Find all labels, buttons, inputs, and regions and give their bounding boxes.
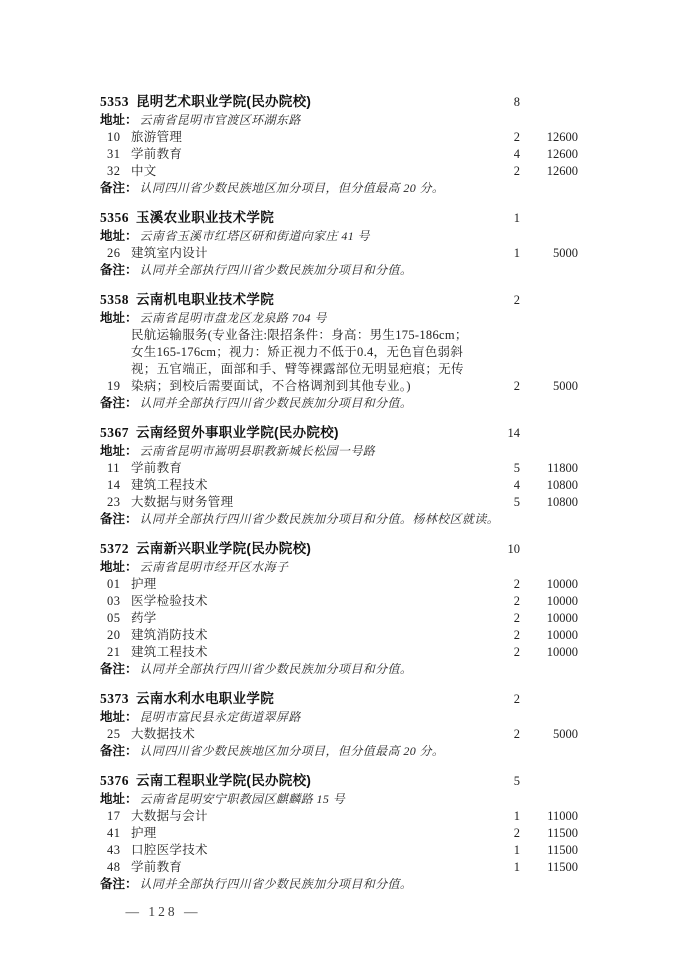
school-code: 5367 (100, 425, 129, 440)
page-footer: — 128 — (100, 888, 201, 936)
remark-text: 认同并全部执行四川省少数民族加分项目和分值。杨林校区就读。 (140, 512, 500, 526)
major-fee: 10000 (520, 610, 578, 627)
major-name: 学前教育 (131, 146, 480, 163)
school-title: 5356玉溪农业职业技术学院 (100, 209, 480, 227)
school-total: 2 (480, 690, 520, 708)
school-name: 云南水利水电职业学院 (136, 691, 274, 706)
major-count: 2 (480, 825, 520, 842)
address-row: 地址：云南省昆明市官渡区环湖东路 (100, 112, 578, 129)
school-header: 5358云南机电职业技术学院 2 (100, 291, 578, 309)
major-row: 17 大数据与会计 1 11000 (100, 808, 578, 825)
major-count: 2 (480, 378, 520, 395)
major-code: 23 (107, 494, 131, 511)
remark-text: 认同四川省少数民族地区加分项目，但分值最高 20 分。 (140, 744, 445, 758)
address-row: 地址：云南省昆明市嵩明县职教新城长松园一号路 (100, 443, 578, 460)
major-name: 药学 (131, 610, 480, 627)
major-code: 10 (107, 129, 131, 146)
major-count: 2 (480, 644, 520, 661)
address-row: 地址：云南省昆明安宁职教园区麒麟路 15 号 (100, 791, 578, 808)
major-name: 建筑工程技术 (131, 644, 480, 661)
major-count: 1 (480, 808, 520, 825)
major-code: 03 (107, 593, 131, 610)
major-fee: 10000 (520, 576, 578, 593)
major-count: 5 (480, 494, 520, 511)
remark-label: 备注： (100, 744, 138, 758)
major-fee: 11500 (520, 825, 578, 842)
major-row: 01 护理 2 10000 (100, 576, 578, 593)
address-text: 云南省昆明市官渡区环湖东路 (140, 113, 301, 127)
major-name: 建筑室内设计 (131, 245, 480, 262)
major-fee: 12600 (520, 163, 578, 180)
school-header: 5367云南经贸外事职业学院(民办院校) 14 (100, 424, 578, 442)
major-row: 26 建筑室内设计 1 5000 (100, 245, 578, 262)
school-title: 5367云南经贸外事职业学院(民办院校) (100, 424, 480, 442)
remark-text: 认同并全部执行四川省少数民族加分项目和分值。 (140, 263, 413, 277)
school-name: 云南机电职业技术学院 (136, 292, 274, 307)
school-list: 5353昆明艺术职业学院(民办院校) 8 地址：云南省昆明市官渡区环湖东路 10… (100, 93, 578, 905)
school-total: 14 (480, 424, 520, 442)
remark-row: 备注：认同四川省少数民族地区加分项目，但分值最高 20 分。 (100, 180, 578, 197)
major-name: 大数据技术 (131, 726, 480, 743)
address-text: 云南省昆明市经开区水海子 (140, 560, 289, 574)
major-fee: 12600 (520, 146, 578, 163)
major-count: 4 (480, 146, 520, 163)
major-name: 学前教育 (131, 859, 480, 876)
school-block: 5373云南水利水电职业学院 2 地址：昆明市富民县永定街道翠屏路 25 大数据… (100, 690, 578, 760)
remark-label: 备注： (100, 662, 138, 676)
major-row: 03 医学检验技术 2 10000 (100, 593, 578, 610)
remark-label: 备注： (100, 512, 138, 526)
major-count: 1 (480, 842, 520, 859)
major-code: 31 (107, 146, 131, 163)
school-total: 2 (480, 291, 520, 309)
major-fee: 10000 (520, 593, 578, 610)
major-count: 2 (480, 163, 520, 180)
school-code: 5358 (100, 292, 129, 307)
document-page: 5353昆明艺术职业学院(民办院校) 8 地址：云南省昆明市官渡区环湖东路 10… (0, 0, 680, 961)
major-count: 1 (480, 859, 520, 876)
school-name: 云南新兴职业学院(民办院校) (136, 541, 311, 556)
major-row: 20 建筑消防技术 2 10000 (100, 627, 578, 644)
major-fee: 11500 (520, 859, 578, 876)
major-name: 建筑工程技术 (131, 477, 480, 494)
page-number: — 128 — (126, 904, 201, 919)
major-code: 21 (107, 644, 131, 661)
remark-row: 备注：认同并全部执行四川省少数民族加分项目和分值。 (100, 262, 578, 279)
major-row: 25 大数据技术 2 5000 (100, 726, 578, 743)
school-title: 5373云南水利水电职业学院 (100, 690, 480, 708)
school-title: 5376云南工程职业学院(民办院校) (100, 772, 480, 790)
school-code: 5356 (100, 210, 129, 225)
address-label: 地址： (100, 792, 138, 806)
address-text: 云南省玉溪市红塔区研和街道向家庄 41 号 (140, 229, 370, 243)
major-code: 25 (107, 726, 131, 743)
major-code: 20 (107, 627, 131, 644)
major-count: 2 (480, 610, 520, 627)
school-title: 5353昆明艺术职业学院(民办院校) (100, 93, 480, 111)
remark-row: 备注：认同四川省少数民族地区加分项目，但分值最高 20 分。 (100, 743, 578, 760)
school-title: 5358云南机电职业技术学院 (100, 291, 480, 309)
major-fee: 11500 (520, 842, 578, 859)
remark-row: 备注：认同并全部执行四川省少数民族加分项目和分值。杨林校区就读。 (100, 511, 578, 528)
remark-text: 认同四川省少数民族地区加分项目，但分值最高 20 分。 (140, 181, 445, 195)
school-code: 5376 (100, 773, 129, 788)
major-code: 26 (107, 245, 131, 262)
school-total: 8 (480, 93, 520, 111)
major-count: 2 (480, 726, 520, 743)
school-block: 5356玉溪农业职业技术学院 1 地址：云南省玉溪市红塔区研和街道向家庄 41 … (100, 209, 578, 279)
major-row: 41 护理 2 11500 (100, 825, 578, 842)
major-code: 14 (107, 477, 131, 494)
major-count: 4 (480, 477, 520, 494)
major-code: 41 (107, 825, 131, 842)
major-row: 31 学前教育 4 12600 (100, 146, 578, 163)
major-fee: 5000 (520, 245, 578, 262)
major-row: 19 民航运输服务(专业备注:限招条件：身高：男生175-186cm；女生165… (100, 327, 578, 395)
major-row: 10 旅游管理 2 12600 (100, 129, 578, 146)
major-code: 01 (107, 576, 131, 593)
major-code: 32 (107, 163, 131, 180)
major-row: 14 建筑工程技术 4 10800 (100, 477, 578, 494)
school-block: 5353昆明艺术职业学院(民办院校) 8 地址：云南省昆明市官渡区环湖东路 10… (100, 93, 578, 197)
address-text: 云南省昆明安宁职教园区麒麟路 15 号 (140, 792, 346, 806)
school-name: 云南工程职业学院(民办院校) (136, 773, 311, 788)
remark-row: 备注：认同并全部执行四川省少数民族加分项目和分值。 (100, 395, 578, 412)
major-row: 23 大数据与财务管理 5 10800 (100, 494, 578, 511)
major-count: 2 (480, 627, 520, 644)
major-fee: 10800 (520, 494, 578, 511)
major-fee: 10800 (520, 477, 578, 494)
major-name: 大数据与会计 (131, 808, 480, 825)
address-text: 昆明市富民县永定街道翠屏路 (140, 710, 301, 724)
address-label: 地址： (100, 444, 138, 458)
address-label: 地址： (100, 710, 138, 724)
school-block: 5358云南机电职业技术学院 2 地址：云南省昆明市盘龙区龙泉路 704 号 1… (100, 291, 578, 412)
major-name: 口腔医学技术 (131, 842, 480, 859)
major-code: 43 (107, 842, 131, 859)
school-block: 5367云南经贸外事职业学院(民办院校) 14 地址：云南省昆明市嵩明县职教新城… (100, 424, 578, 528)
major-name: 护理 (131, 825, 480, 842)
school-header: 5372云南新兴职业学院(民办院校) 10 (100, 540, 578, 558)
major-fee: 11800 (520, 460, 578, 477)
address-row: 地址：云南省玉溪市红塔区研和街道向家庄 41 号 (100, 228, 578, 245)
major-count: 2 (480, 129, 520, 146)
school-header: 5356玉溪农业职业技术学院 1 (100, 209, 578, 227)
remark-label: 备注： (100, 181, 138, 195)
address-label: 地址： (100, 113, 138, 127)
major-fee: 5000 (520, 726, 578, 743)
major-count: 2 (480, 576, 520, 593)
major-count: 1 (480, 245, 520, 262)
major-row: 48 学前教育 1 11500 (100, 859, 578, 876)
school-name: 玉溪农业职业技术学院 (136, 210, 274, 225)
major-fee: 10000 (520, 644, 578, 661)
address-label: 地址： (100, 560, 138, 574)
school-header: 5376云南工程职业学院(民办院校) 5 (100, 772, 578, 790)
school-header: 5353昆明艺术职业学院(民办院校) 8 (100, 93, 578, 111)
remark-label: 备注： (100, 396, 138, 410)
major-code: 05 (107, 610, 131, 627)
major-name: 大数据与财务管理 (131, 494, 480, 511)
remark-text: 认同并全部执行四川省少数民族加分项目和分值。 (140, 396, 413, 410)
school-title: 5372云南新兴职业学院(民办院校) (100, 540, 480, 558)
school-code: 5373 (100, 691, 129, 706)
remark-text: 认同并全部执行四川省少数民族加分项目和分值。 (140, 662, 413, 676)
school-block: 5376云南工程职业学院(民办院校) 5 地址：云南省昆明安宁职教园区麒麟路 1… (100, 772, 578, 893)
school-header: 5373云南水利水电职业学院 2 (100, 690, 578, 708)
major-fee: 5000 (520, 378, 578, 395)
address-text: 云南省昆明市嵩明县职教新城长松园一号路 (140, 444, 376, 458)
major-code: 17 (107, 808, 131, 825)
address-label: 地址： (100, 229, 138, 243)
major-name: 医学检验技术 (131, 593, 480, 610)
major-count: 5 (480, 460, 520, 477)
major-name: 旅游管理 (131, 129, 480, 146)
major-code: 48 (107, 859, 131, 876)
address-row: 地址：云南省昆明市经开区水海子 (100, 559, 578, 576)
remark-label: 备注： (100, 263, 138, 277)
major-fee: 12600 (520, 129, 578, 146)
major-code: 11 (107, 460, 131, 477)
major-row: 11 学前教育 5 11800 (100, 460, 578, 477)
major-name: 建筑消防技术 (131, 627, 480, 644)
major-code: 19 (107, 378, 131, 395)
major-row: 21 建筑工程技术 2 10000 (100, 644, 578, 661)
major-name: 护理 (131, 576, 480, 593)
major-count: 2 (480, 593, 520, 610)
school-code: 5372 (100, 541, 129, 556)
school-name: 昆明艺术职业学院(民办院校) (136, 94, 311, 109)
remark-row: 备注：认同并全部执行四川省少数民族加分项目和分值。 (100, 661, 578, 678)
address-row: 地址：昆明市富民县永定街道翠屏路 (100, 709, 578, 726)
major-fee: 11000 (520, 808, 578, 825)
address-row: 地址：云南省昆明市盘龙区龙泉路 704 号 (100, 310, 578, 327)
school-total: 1 (480, 209, 520, 227)
address-label: 地址： (100, 311, 138, 325)
major-name: 学前教育 (131, 460, 480, 477)
major-row: 43 口腔医学技术 1 11500 (100, 842, 578, 859)
school-name: 云南经贸外事职业学院(民办院校) (136, 425, 339, 440)
major-name: 中文 (131, 163, 480, 180)
address-text: 云南省昆明市盘龙区龙泉路 704 号 (140, 311, 327, 325)
school-code: 5353 (100, 94, 129, 109)
school-total: 5 (480, 772, 520, 790)
major-row: 32 中文 2 12600 (100, 163, 578, 180)
major-fee: 10000 (520, 627, 578, 644)
school-total: 10 (480, 540, 520, 558)
major-row: 05 药学 2 10000 (100, 610, 578, 627)
major-name: 民航运输服务(专业备注:限招条件：身高：男生175-186cm；女生165-17… (131, 327, 480, 395)
school-block: 5372云南新兴职业学院(民办院校) 10 地址：云南省昆明市经开区水海子 01… (100, 540, 578, 678)
